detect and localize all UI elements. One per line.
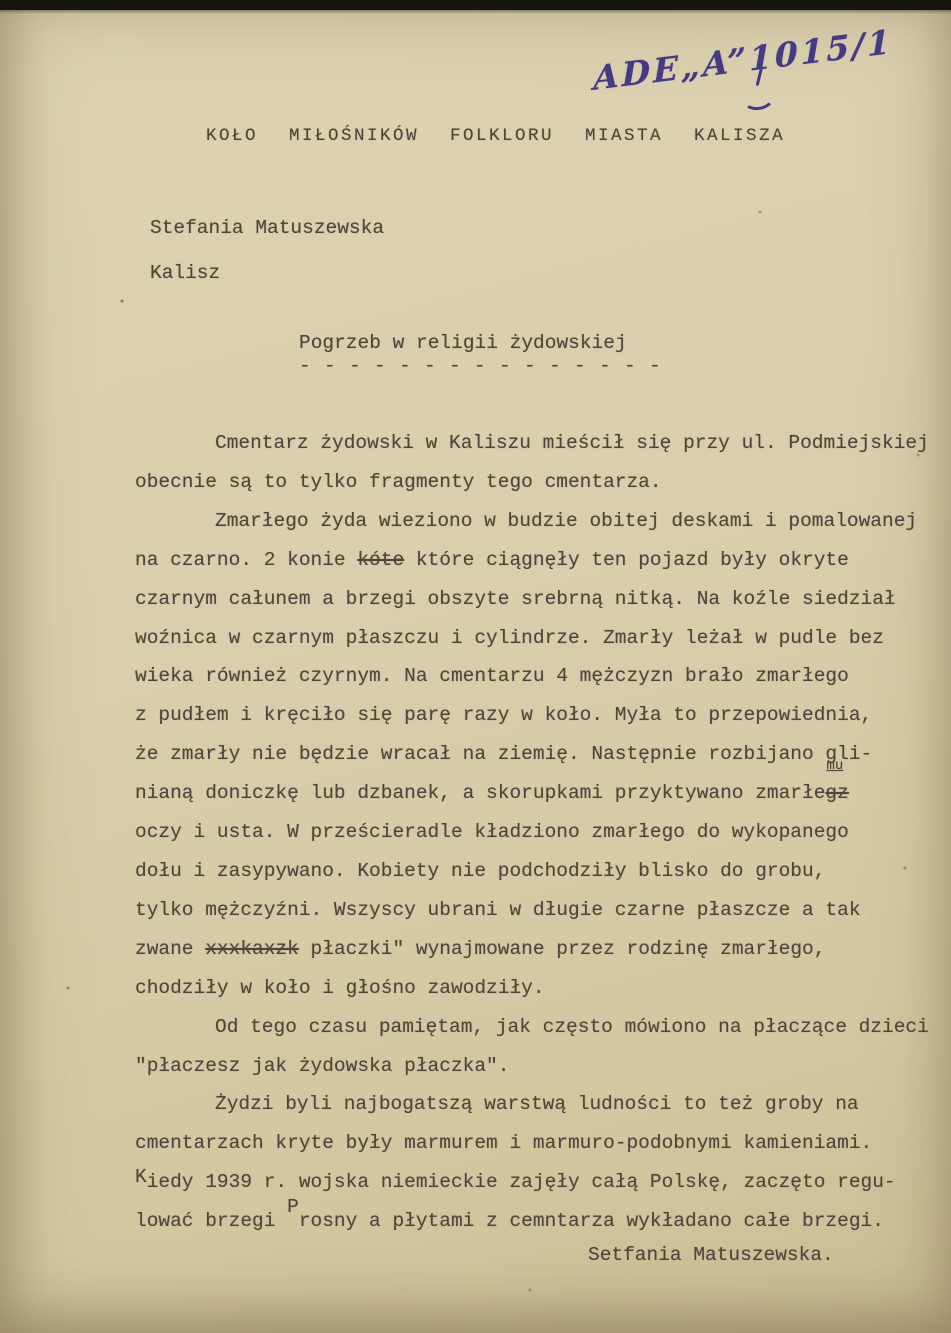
doc-line: woźnica w czarnym płaszczu i cylindrze. … xyxy=(135,619,935,658)
struck-out-text: kóte xyxy=(357,549,404,571)
author-block: Stefania Matuszewska Kalisz xyxy=(150,206,384,296)
doc-line: nianą doniczkę lub dzbanek, a skorupkami… xyxy=(135,774,935,813)
scanned-document-page: ADE„A”1015/1 KOŁO MIŁOŚNIKÓW FOLKLORU MI… xyxy=(0,0,951,1333)
doc-line: obecnie są to tylko fragmenty tego cment… xyxy=(135,463,935,502)
signature: Setfania Matuszewska. xyxy=(588,1244,834,1266)
paragraph: Cmentarz żydowski w Kaliszu mieścił się … xyxy=(135,424,935,502)
doc-line: oczy i usta. W prześcieradle kładziono z… xyxy=(135,813,935,852)
doc-line: "płaczesz jak żydowska płaczka". xyxy=(135,1047,935,1086)
doc-line: tylko mężczyźni. Wszyscy ubrani w długie… xyxy=(135,891,935,930)
author-name: Stefania Matuszewska xyxy=(150,206,384,251)
doc-line: na czarno. 2 konie kóte które ciągnęły t… xyxy=(135,541,935,580)
doc-line: cmentarzach kryte były marmurem i marmur… xyxy=(135,1124,935,1163)
organization-header: KOŁO MIŁOŚNIKÓW FOLKLORU MIASTA KALISZA xyxy=(206,126,785,146)
scan-top-edge xyxy=(0,0,951,10)
title-dashed-underline: - - - - - - - - - - - - - - - xyxy=(299,355,662,377)
doc-line: Zmarłego żyda wieziono w budzie obitej d… xyxy=(135,502,935,541)
doc-line: Żydzi byli najbogatszą warstwą ludności … xyxy=(135,1085,935,1124)
document-body: Cmentarz żydowski w Kaliszu mieścił się … xyxy=(135,424,935,1241)
doc-line: zwane xxxkaxzk płaczki" wynajmowane prze… xyxy=(135,930,935,969)
doc-line: że zmarły nie będzie wracał na ziemię. N… xyxy=(135,735,935,774)
doc-line: chodziły w koło i głośno zawodziły. xyxy=(135,969,935,1008)
raised-character: K xyxy=(135,1166,147,1188)
doc-line: lować brzegi Prosny a płytami z cemntarz… xyxy=(135,1202,935,1241)
doc-line: Od tego czasu pamiętam, jak często mówio… xyxy=(135,1008,935,1047)
document-title: Pogrzeb w religii żydowskiej xyxy=(299,332,662,354)
doc-line: Kiedy 1939 r. wojska niemieckie zajęły c… xyxy=(135,1163,935,1202)
doc-line: dołu i zasypywano. Kobiety nie podchodzi… xyxy=(135,852,935,891)
title-block: Pogrzeb w religii żydowskiej - - - - - -… xyxy=(299,332,662,377)
handwritten-flourish xyxy=(740,84,775,112)
doc-line: czarnym całunem a brzegi obszyte srebrną… xyxy=(135,580,935,619)
doc-line: Cmentarz żydowski w Kaliszu mieścił się … xyxy=(135,424,935,463)
doc-line: wieka również czyrnym. Na cmentarzu 4 mę… xyxy=(135,657,935,696)
typed-correction: mugz xyxy=(825,774,848,813)
struck-out-text: gz xyxy=(825,782,848,804)
struck-out-text: xxxkaxzk xyxy=(205,938,299,960)
paragraph: Zmarłego żyda wieziono w budzie obitej d… xyxy=(135,502,935,1008)
doc-line: z pudłem i kręciło się parę razy w koło.… xyxy=(135,696,935,735)
correction-superscript: mu xyxy=(826,759,843,773)
paragraph: Żydzi byli najbogatszą warstwą ludności … xyxy=(135,1085,935,1241)
raised-character: P xyxy=(287,1196,299,1218)
author-city: Kalisz xyxy=(150,251,384,296)
paragraph: Od tego czasu pamiętam, jak często mówio… xyxy=(135,1008,935,1086)
